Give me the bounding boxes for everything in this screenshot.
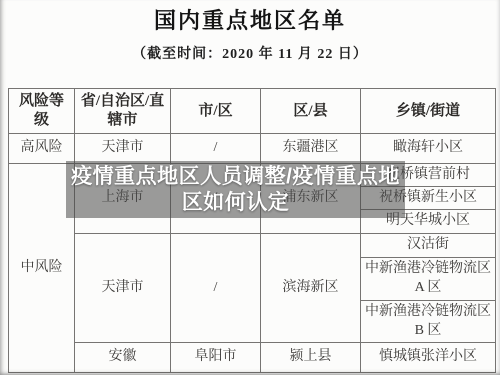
page-title: 国内重点地区名单 [0,4,500,35]
cell-city: 阜阳市 [171,343,261,373]
table-row: 安徽 阜阳市 颍上县 慎城镇张洋小区 [9,343,496,373]
watermark-line-1: 疫情重点地区人员调整/疫情重点地 [66,164,405,190]
cell-risk-high: 高风险 [9,134,75,164]
watermark-overlay: 疫情重点地区人员调整/疫情重点地 区如何认定 [66,161,405,218]
cell-province: 天津市 [75,134,171,164]
cell-district: 滨海新区 [261,234,361,343]
table-header-row: 风险等级 省/自治区/直辖市 市/区 区/县 乡镇/街道 [9,89,496,134]
cell-township: 瞰海轩小区 [361,134,496,164]
col-header-province: 省/自治区/直辖市 [75,89,171,134]
cell-district: 东疆港区 [261,134,361,164]
document-page: 国内重点地区名单 （截至时间：2020 年 11 月 22 日） 风险等级 省/… [0,0,500,375]
table-row: 高风险 天津市 / 东疆港区 瞰海轩小区 [9,134,496,164]
cell-township: 汉沽街 [361,234,496,258]
cell-township: 中新渔港冷链物流区 B 区 [361,301,496,343]
col-header-risk-level: 风险等级 [9,89,75,134]
cell-district: 颍上县 [261,343,361,373]
cell-township: 慎城镇张洋小区 [361,343,496,373]
page-subtitle: （截至时间：2020 年 11 月 22 日） [0,43,500,63]
table-row: 天津市 / 滨海新区 汉沽街 [9,234,496,258]
risk-areas-table: 风险等级 省/自治区/直辖市 市/区 区/县 乡镇/街道 高风险 天津市 / 东… [8,88,496,373]
col-header-city: 市/区 [171,89,261,134]
col-header-district: 区/县 [261,89,361,134]
watermark-line-2: 区如何认定 [66,190,405,216]
cell-province: 安徽 [75,343,171,373]
cell-city: / [171,134,261,164]
cell-city: / [171,234,261,343]
cell-province: 天津市 [75,234,171,343]
cell-township: 中新渔港冷链物流区 A 区 [361,258,496,301]
col-header-township: 乡镇/街道 [361,89,496,134]
cell-risk-medium: 中风险 [9,164,75,373]
